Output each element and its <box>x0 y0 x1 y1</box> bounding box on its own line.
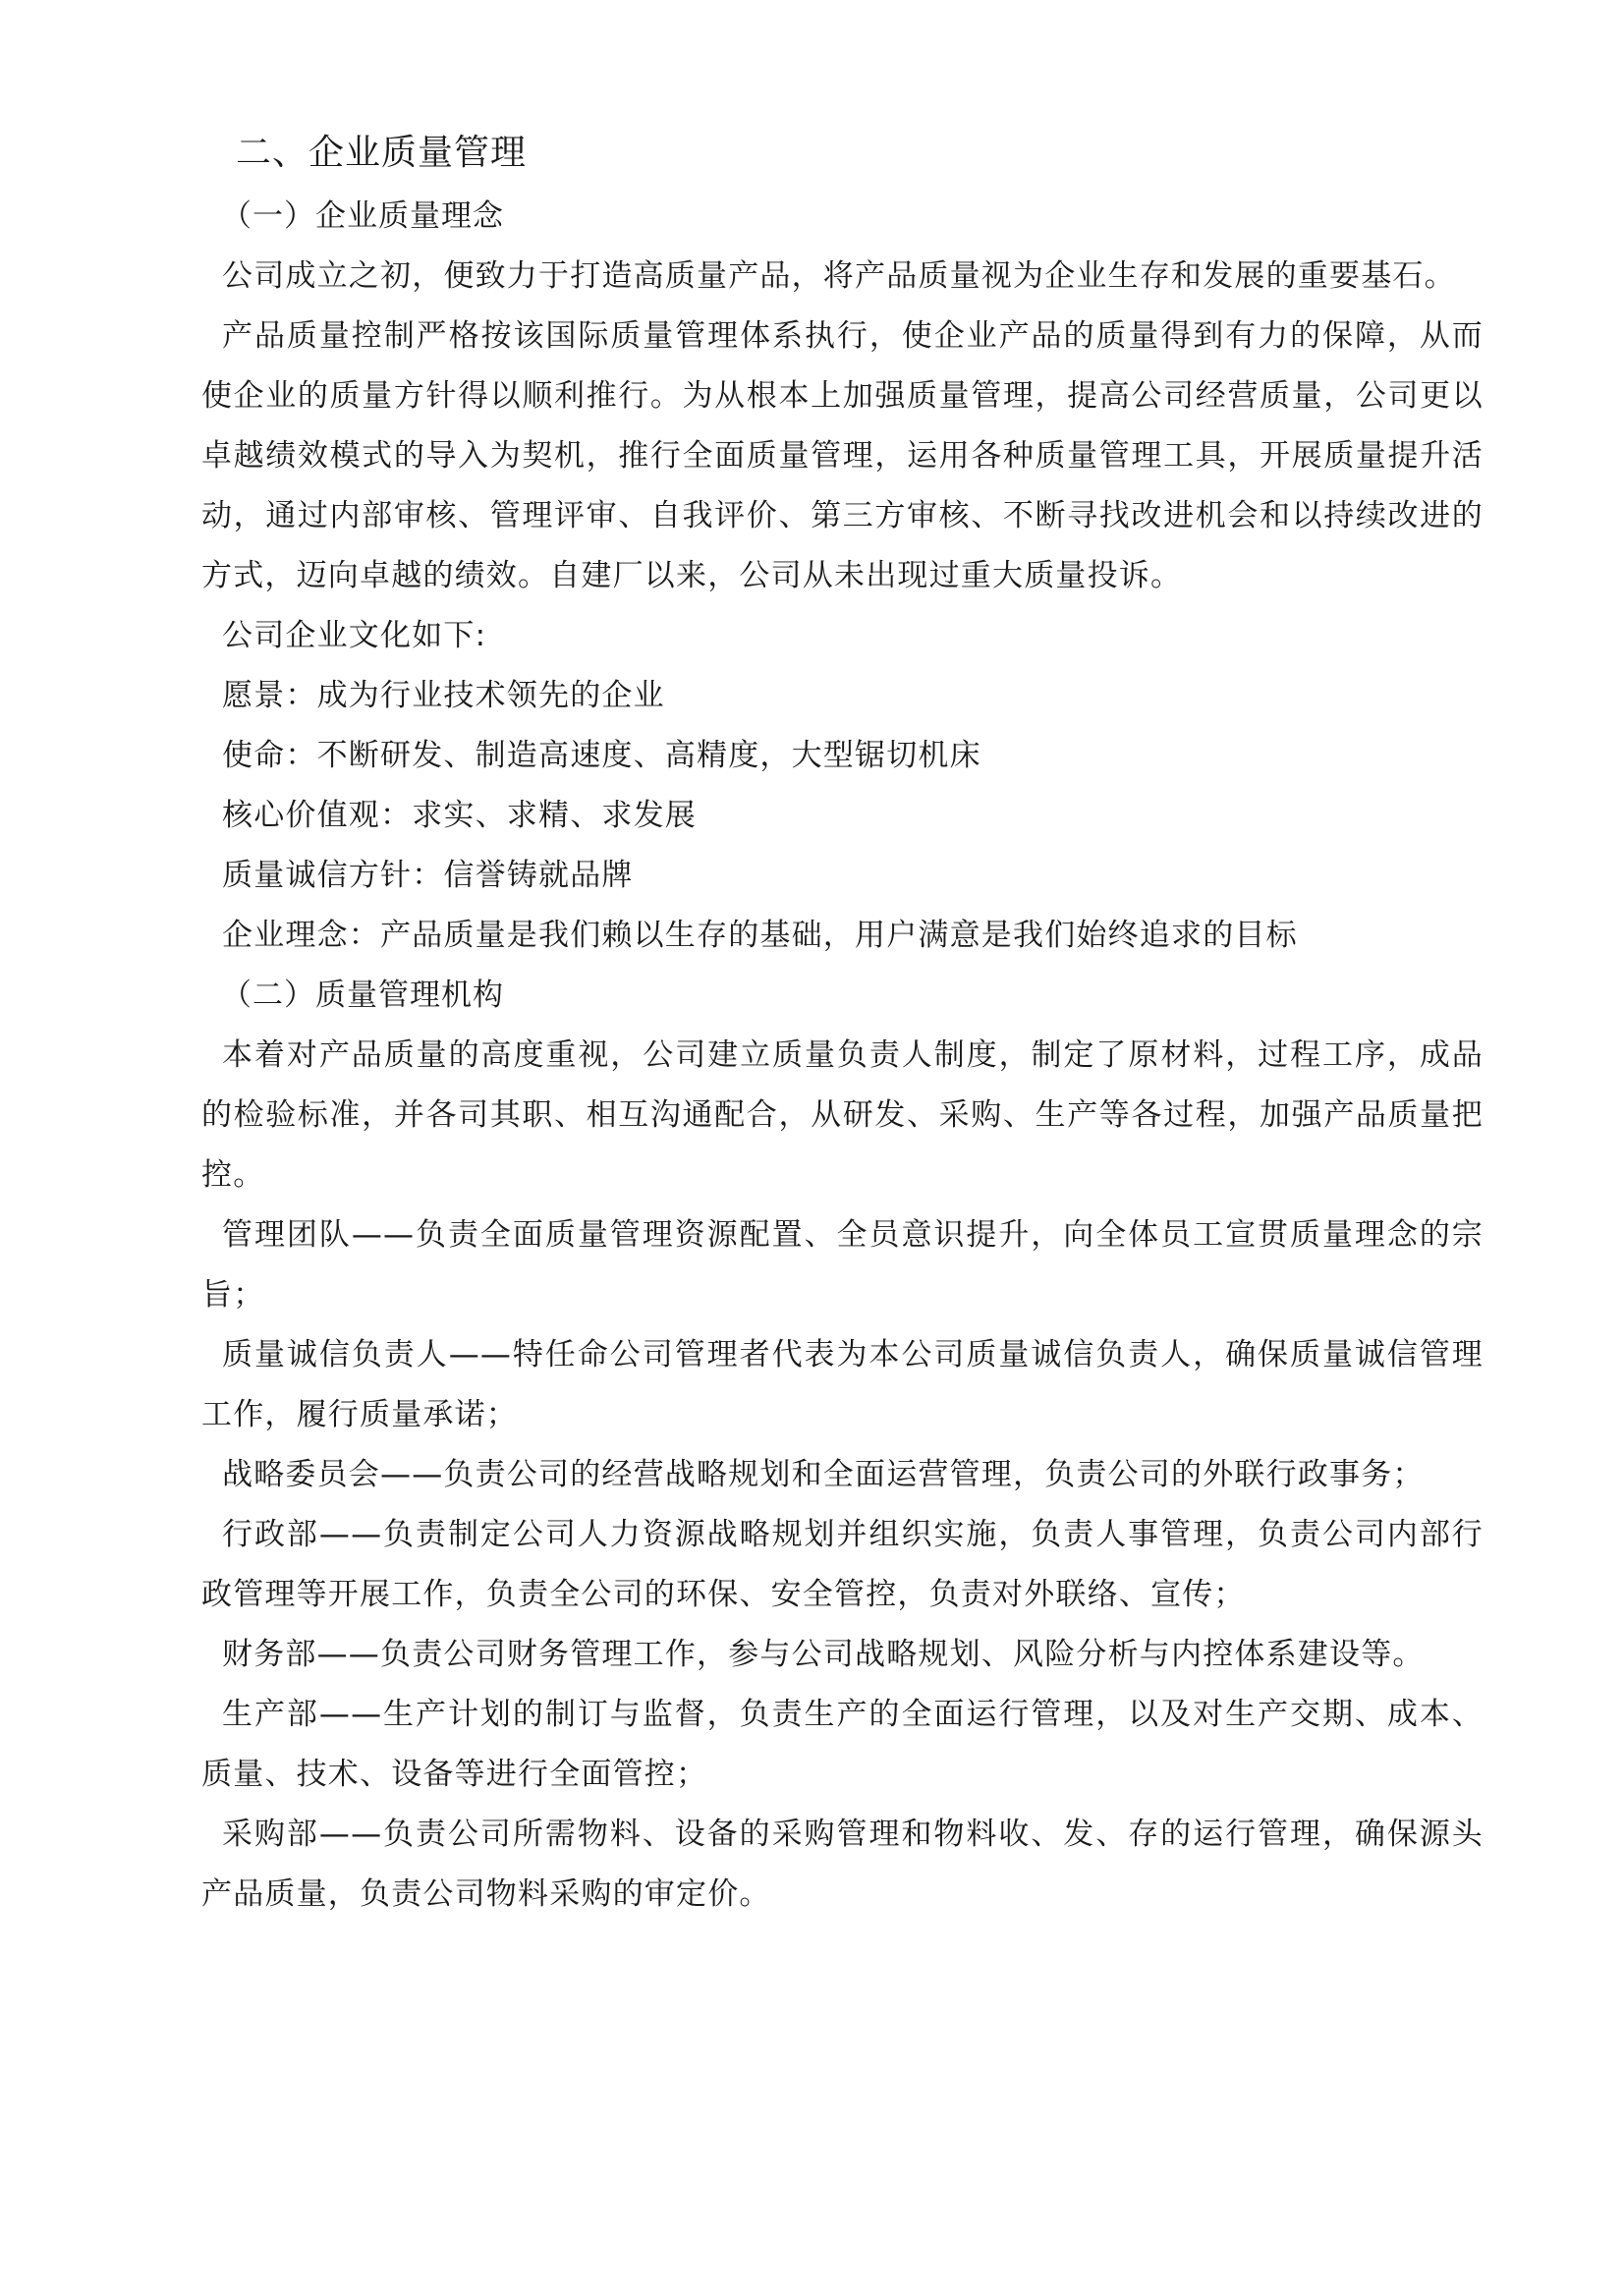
paragraph-quality-responsibility: 本着对产品质量的高度重视，公司建立质量负责人制度，制定了原材料，过程工序，成品的… <box>201 1026 1484 1205</box>
paragraph-management-team: 管理团队——负责全面质量管理资源配置、全员意识提升，向全体员工宣贯质量理念的宗旨… <box>201 1205 1484 1325</box>
paragraph-founding: 公司成立之初，便致力于打造高质量产品，将产品质量视为企业生存和发展的重要基石。 <box>201 247 1484 307</box>
paragraph-enterprise-philosophy: 企业理念：产品质量是我们赖以生存的基础，用户满意是我们始终追求的目标 <box>201 906 1484 966</box>
paragraph-quality-control: 产品质量控制严格按该国际质量管理体系执行，使企业产品的质量得到有力的保障，从而使… <box>201 307 1484 606</box>
paragraph-culture-intro: 公司企业文化如下: <box>201 606 1484 666</box>
subsection-title-quality-philosophy: （一）企业质量理念 <box>221 187 1484 247</box>
paragraph-vision: 愿景：成为行业技术领先的企业 <box>201 666 1484 726</box>
paragraph-admin-dept: 行政部——负责制定公司人力资源战略规划并组织实施，负责人事管理，负责公司内部行政… <box>201 1505 1484 1625</box>
paragraph-procurement-dept: 采购部——负责公司所需物料、设备的采购管理和物料收、发、存的运行管理，确保源头产… <box>201 1805 1484 1925</box>
section-title: 二、企业质量管理 <box>236 126 1484 181</box>
paragraph-strategy-committee: 战略委员会——负责公司的经营战略规划和全面运营管理，负责公司的外联行政事务； <box>201 1445 1484 1505</box>
paragraph-quality-integrity-policy: 质量诚信方针：信誉铸就品牌 <box>201 846 1484 906</box>
paragraph-mission: 使命：不断研发、制造高速度、高精度，大型锯切机床 <box>201 726 1484 786</box>
document-page: 二、企业质量管理 （一）企业质量理念 公司成立之初，便致力于打造高质量产品，将产… <box>201 126 1484 1925</box>
paragraph-quality-integrity-lead: 质量诚信负责人——特任命公司管理者代表为本公司质量诚信负责人，确保质量诚信管理工… <box>201 1325 1484 1445</box>
subsection-title-quality-organization: （二）质量管理机构 <box>221 966 1484 1026</box>
paragraph-core-values: 核心价值观：求实、求精、求发展 <box>201 786 1484 846</box>
paragraph-finance-dept: 财务部——负责公司财务管理工作，参与公司战略规划、风险分析与内控体系建设等。 <box>201 1625 1484 1685</box>
paragraph-production-dept: 生产部——生产计划的制订与监督，负责生产的全面运行管理，以及对生产交期、成本、质… <box>201 1685 1484 1805</box>
